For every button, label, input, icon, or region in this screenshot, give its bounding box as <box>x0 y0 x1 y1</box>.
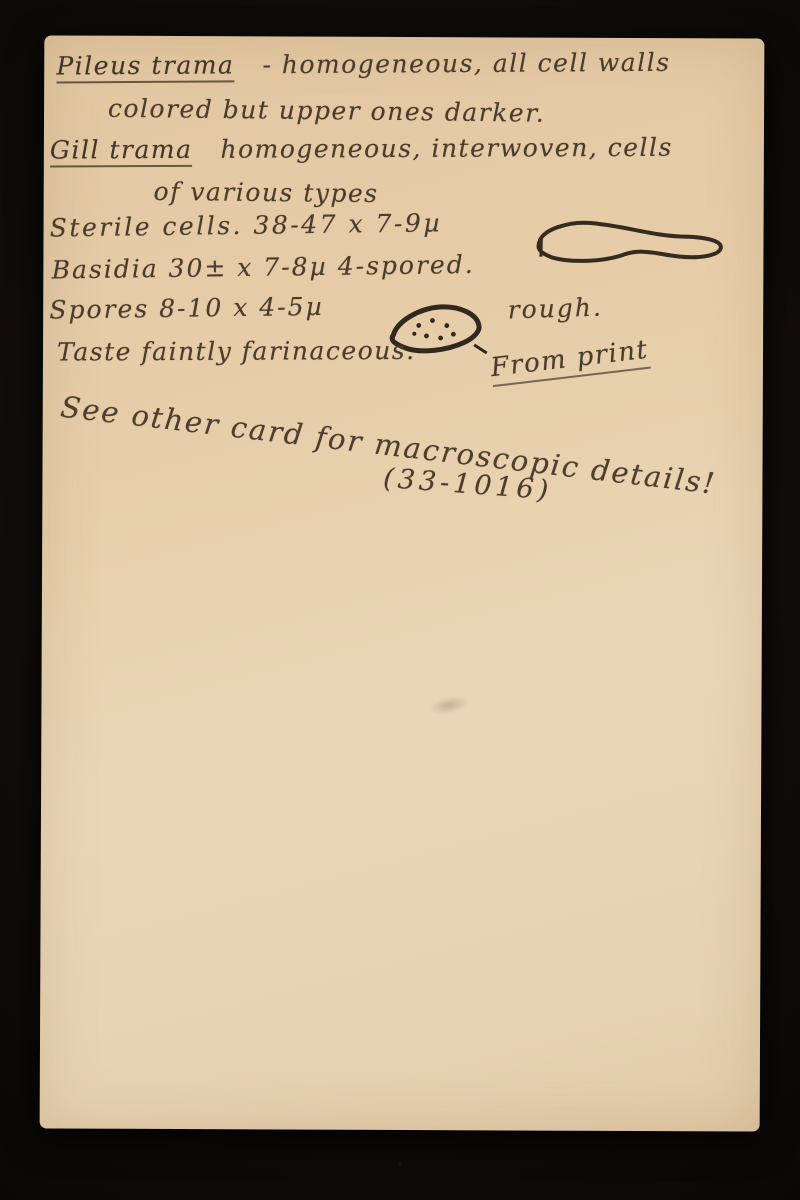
line-pileus-trama: Pileus trama- homogeneous, all cell wall… <box>56 48 670 81</box>
pileus-trama-text: - homogeneous, all cell walls <box>262 48 670 79</box>
pileus-trama-heading: Pileus trama <box>56 50 234 83</box>
line-gill-trama: Gill tramahomogeneous, interwoven, cells <box>50 133 673 165</box>
sterile-cells-text: Sterile cells. 38-47 x 7-9µ <box>50 208 443 242</box>
taste-text: Taste faintly farinaceous. <box>57 336 416 367</box>
line-spores: Spores 8-10 x 4-5µ <box>49 292 324 325</box>
line-taste: Taste faintly farinaceous. <box>57 336 416 367</box>
from-print-text: From print <box>489 335 651 387</box>
gill-trama-text2: of various types <box>153 177 378 208</box>
card-smudge <box>428 693 470 717</box>
line-sterile-cells: Sterile cells. 38-47 x 7-9µ <box>50 208 443 242</box>
line-from-print: From print <box>489 335 650 383</box>
line-rough: rough. <box>507 293 603 325</box>
basidia-text: Basidia 30± x 7-8µ 4-spored. <box>51 250 474 285</box>
gill-trama-text: homogeneous, interwoven, cells <box>220 133 672 164</box>
spores-text: Spores 8-10 x 4-5µ <box>49 292 324 325</box>
rough-text: rough. <box>507 293 603 325</box>
line-basidia: Basidia 30± x 7-8µ 4-spored. <box>51 250 474 285</box>
gill-trama-heading: Gill trama <box>50 135 193 168</box>
photo-background: Pileus trama- homogeneous, all cell wall… <box>0 0 800 1200</box>
note-card: Pileus trama- homogeneous, all cell wall… <box>40 35 765 1131</box>
line-of-various-types: of various types <box>153 177 378 208</box>
sterile-cell-sketch-icon <box>529 211 733 273</box>
line-colored-but-upper: colored but upper ones darker. <box>108 94 546 128</box>
pileus-trama-text2: colored but upper ones darker. <box>108 94 546 128</box>
